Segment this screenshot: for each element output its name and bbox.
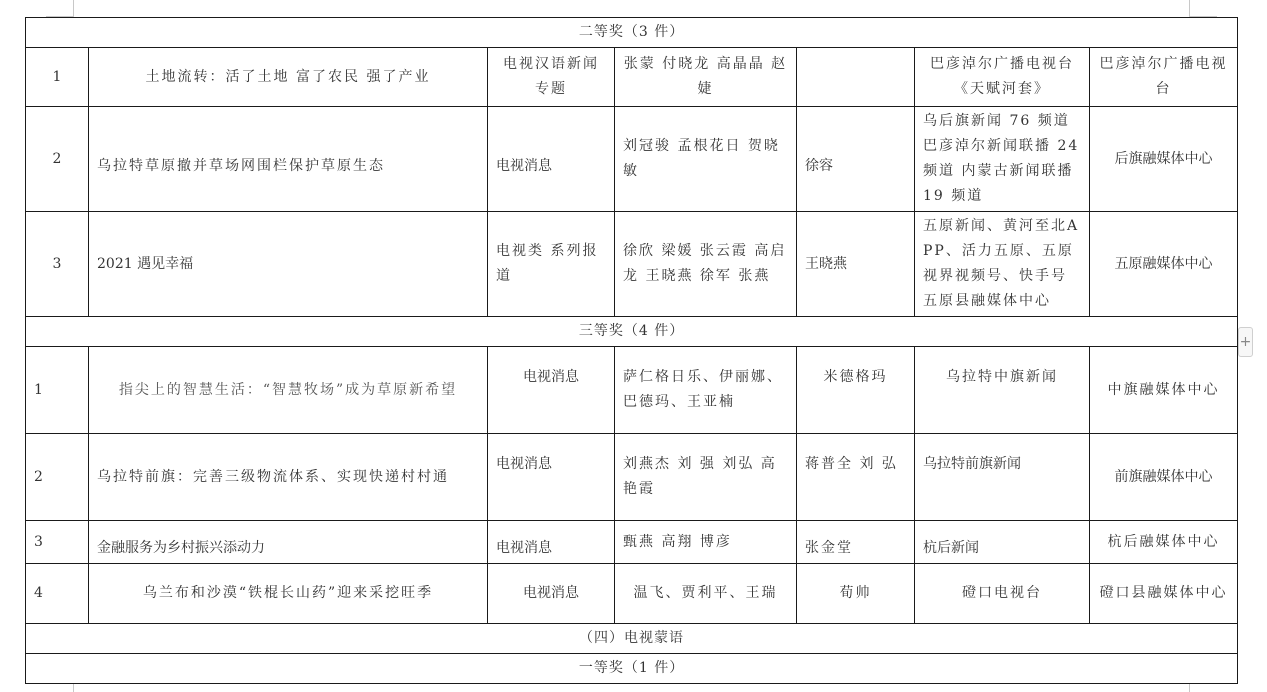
page-margin-mark-top-left xyxy=(46,0,74,17)
cell-unit: 五原融媒体中心 xyxy=(1090,212,1238,317)
cell-no: 4 xyxy=(26,564,89,624)
cell-title: 土地流转：活了土地 富了农民 强了产业 xyxy=(89,48,488,107)
cell-editor: 王晓燕 xyxy=(797,212,915,317)
cell-no: 2 xyxy=(26,107,89,212)
add-row-button[interactable]: + xyxy=(1238,327,1253,357)
table-row: 2 乌拉特前旗：完善三级物流体系、实现快递村村通 电视消息 刘燕杰 刘 强 刘弘… xyxy=(26,434,1238,521)
table-row: 1 指尖上的智慧生活：“智慧牧场”成为草原新希望 电视消息 萨仁格日乐、伊丽娜、… xyxy=(26,347,1238,434)
cell-editor: 蒋普全 刘 弘 xyxy=(797,434,915,521)
cell-unit: 杭后融媒体中心 xyxy=(1090,521,1238,564)
table-row: 1 土地流转：活了土地 富了农民 强了产业 电视汉语新闻专题 张蒙 付晓龙 高晶… xyxy=(26,48,1238,107)
cell-category: 电视汉语新闻专题 xyxy=(488,48,615,107)
cell-publisher: 杭后新闻 xyxy=(915,521,1090,564)
cell-category: 电视消息 xyxy=(488,434,615,521)
cell-unit: 巴彦淖尔广播电视台 xyxy=(1090,48,1238,107)
cell-editor: 荀帅 xyxy=(797,564,915,624)
cell-category: 电视消息 xyxy=(488,564,615,624)
cell-no: 3 xyxy=(26,212,89,317)
page-margin-mark-bottom-left xyxy=(46,683,74,692)
cell-publisher: 乌拉特前旗新闻 xyxy=(915,434,1090,521)
table-row: 2 乌拉特草原撤并草场网围栏保护草原生态 电视消息 刘冠骏 孟根花日 贺晓敏 徐… xyxy=(26,107,1238,212)
page-margin-mark-top-right xyxy=(1189,0,1217,17)
cell-category: 电视消息 xyxy=(488,521,615,564)
cell-editor: 张金堂 xyxy=(797,521,915,564)
cell-editor: 米德格玛 xyxy=(797,347,915,434)
cell-editor xyxy=(797,48,915,107)
cell-category: 电视消息 xyxy=(488,347,615,434)
cell-unit: 中旗融媒体中心 xyxy=(1090,347,1238,434)
cell-no: 1 xyxy=(26,347,89,434)
cell-editor: 徐容 xyxy=(797,107,915,212)
section-header-third-prize: 三等奖（4 件） xyxy=(26,317,1238,347)
cell-unit: 后旗融媒体中心 xyxy=(1090,107,1238,212)
section-header-second-prize: 二等奖（3 件） xyxy=(26,18,1238,48)
awards-table: 二等奖（3 件） 1 土地流转：活了土地 富了农民 强了产业 电视汉语新闻专题 … xyxy=(25,17,1238,684)
table-row: 4 乌兰布和沙漠“铁棍长山药”迎来采挖旺季 电视消息 温飞、贾利平、王瑞 荀帅 … xyxy=(26,564,1238,624)
section-row: 二等奖（3 件） xyxy=(26,18,1238,48)
cell-no: 1 xyxy=(26,48,89,107)
cell-no: 2 xyxy=(26,434,89,521)
section-row: 三等奖（4 件） xyxy=(26,317,1238,347)
cell-category: 电视消息 xyxy=(488,107,615,212)
cell-authors: 刘燕杰 刘 强 刘弘 高艳霞 xyxy=(615,434,797,521)
cell-title: 金融服务为乡村振兴添动力 xyxy=(89,521,488,564)
cell-publisher: 乌拉特中旗新闻 xyxy=(915,347,1090,434)
cell-authors: 甄燕 高翔 博彦 xyxy=(615,521,797,564)
cell-authors: 徐欣 梁媛 张云霞 高启龙 王晓燕 徐军 张燕 xyxy=(615,212,797,317)
cell-title: 乌兰布和沙漠“铁棍长山药”迎来采挖旺季 xyxy=(89,564,488,624)
page-margin-mark-bottom-right xyxy=(1189,683,1217,692)
section-header-tv-mongolian: （四）电视蒙语 xyxy=(26,624,1238,654)
cell-unit: 前旗融媒体中心 xyxy=(1090,434,1238,521)
cell-authors: 萨仁格日乐、伊丽娜、巴德玛、王亚楠 xyxy=(615,347,797,434)
cell-authors: 张蒙 付晓龙 高晶晶 赵婕 xyxy=(615,48,797,107)
cell-title: 乌拉特草原撤并草场网围栏保护草原生态 xyxy=(89,107,488,212)
cell-publisher: 巴彦淖尔广播电视台《天赋河套》 xyxy=(915,48,1090,107)
cell-title: 乌拉特前旗：完善三级物流体系、实现快递村村通 xyxy=(89,434,488,521)
cell-authors: 温飞、贾利平、王瑞 xyxy=(615,564,797,624)
cell-no: 3 xyxy=(26,521,89,564)
plus-icon: + xyxy=(1240,334,1252,350)
cell-publisher: 乌后旗新闻 76 频道 巴彦淖尔新闻联播 24 频道 内蒙古新闻联播 19 频道 xyxy=(915,107,1090,212)
cell-title: 指尖上的智慧生活：“智慧牧场”成为草原新希望 xyxy=(89,347,488,434)
section-row: 一等奖（1 件） xyxy=(26,654,1238,684)
cell-authors: 刘冠骏 孟根花日 贺晓敏 xyxy=(615,107,797,212)
section-row: （四）电视蒙语 xyxy=(26,624,1238,654)
table-row: 3 2021 遇见幸福 电视类 系列报道 徐欣 梁媛 张云霞 高启龙 王晓燕 徐… xyxy=(26,212,1238,317)
cell-publisher: 磴口电视台 xyxy=(915,564,1090,624)
cell-publisher: 五原新闻、黄河至北APP、活力五原、五原视界视频号、快手号 五原县融媒体中心 xyxy=(915,212,1090,317)
table-row: 3 金融服务为乡村振兴添动力 电视消息 甄燕 高翔 博彦 张金堂 杭后新闻 杭后… xyxy=(26,521,1238,564)
cell-unit: 磴口县融媒体中心 xyxy=(1090,564,1238,624)
cell-title: 2021 遇见幸福 xyxy=(89,212,488,317)
section-header-first-prize: 一等奖（1 件） xyxy=(26,654,1238,684)
cell-category: 电视类 系列报道 xyxy=(488,212,615,317)
